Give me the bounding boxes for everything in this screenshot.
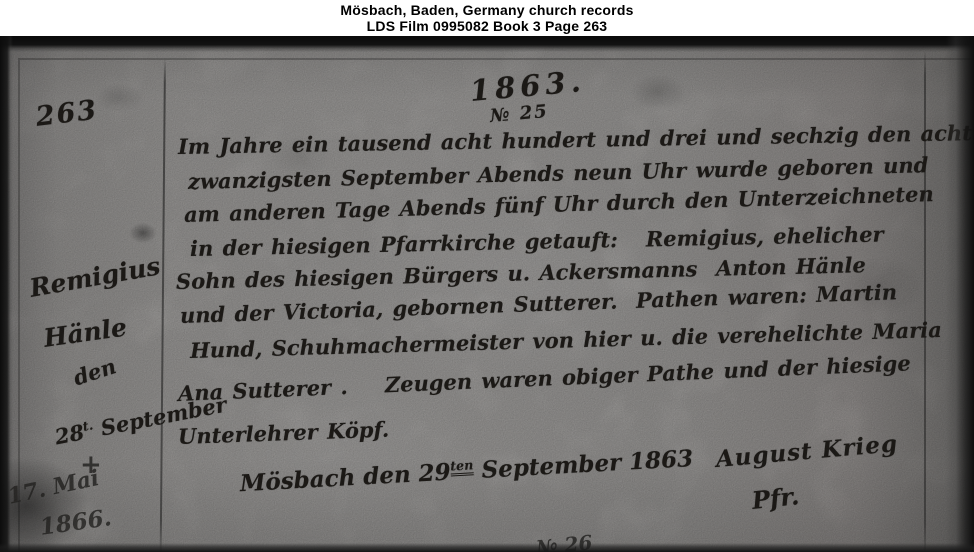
- caption-header: Mösbach, Baden, Germany church records L…: [0, 0, 974, 36]
- document-scan: 263 1863. № 25 Im Jahre ein tausend acht…: [0, 36, 974, 552]
- dateline-place-day: Mösbach den 29: [239, 459, 451, 498]
- signature-title: Pfr.: [750, 481, 800, 515]
- dateline-ordinal-suffix: ten: [450, 458, 474, 477]
- dateline-rest: September 1863: [473, 445, 694, 484]
- caption-line-2: LDS Film 0995082 Book 3 Page 263: [0, 18, 974, 34]
- margin-birth-month: September: [91, 392, 228, 442]
- screenshot-root: Mösbach, Baden, Germany church records L…: [0, 0, 974, 552]
- caption-line-1: Mösbach, Baden, Germany church records: [0, 2, 974, 18]
- margin-birth-day: 28: [53, 419, 86, 449]
